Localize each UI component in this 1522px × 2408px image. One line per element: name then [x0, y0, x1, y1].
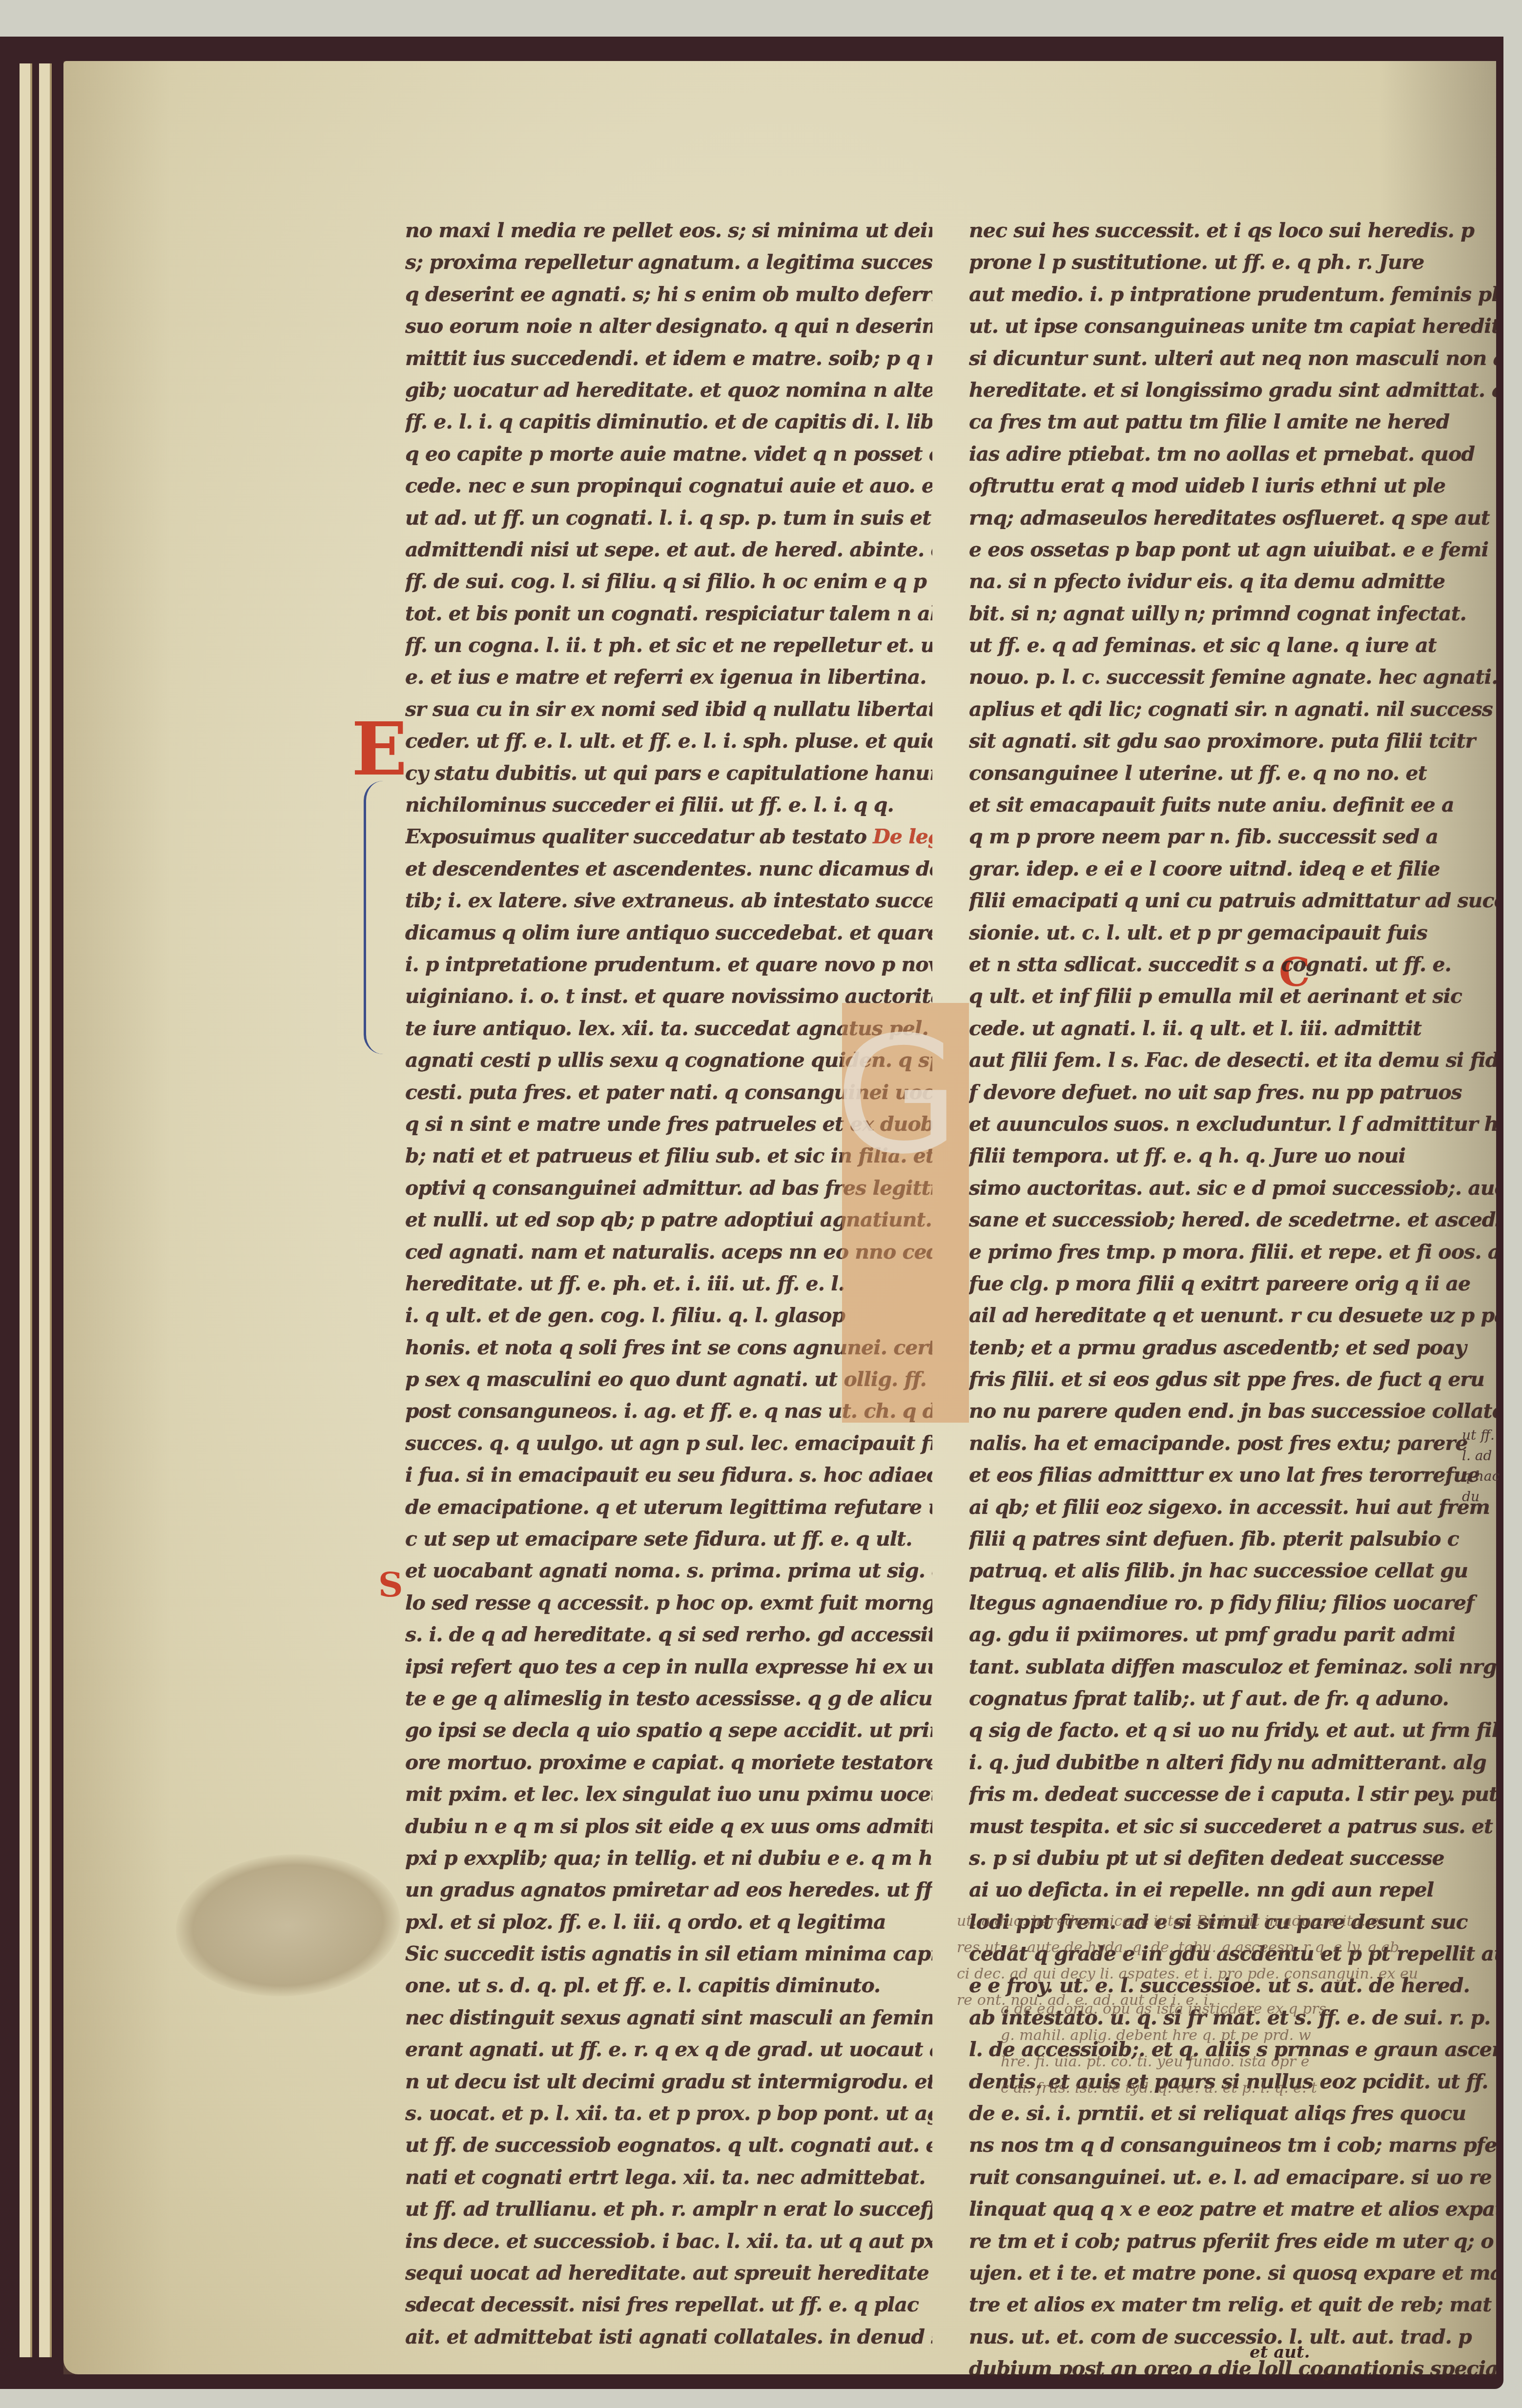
text-line: erant agnati. ut ff. e. r. q ex q de gra…	[405, 2034, 932, 2065]
text-line: s. uocat. et p. l. xii. ta. et p prox. p…	[405, 2098, 932, 2129]
text-line: ut ff. de successiob eognatos. q ult. co…	[405, 2129, 932, 2161]
text-line: filii emacipati q uni cu patruis admitta…	[969, 885, 1496, 917]
text-line: et descendentes et ascendentes. nunc dic…	[405, 853, 932, 885]
text-line: rnq; admaseulos hereditates osflueret. q…	[969, 502, 1496, 534]
text-line: ff. e. l. i. q capitis diminutio. et de …	[405, 406, 932, 438]
text-line: ai uo deficta. in ei repelle. nn gdi aun…	[969, 1874, 1496, 1906]
text-line: q ult. et inf filii p emulla mil et aeri…	[969, 980, 1496, 1012]
text-line: pxi p exxplib; qua; in tellig. et ni dub…	[405, 1842, 932, 1874]
text-line: ipsi refert quo tes a cep in nulla expre…	[405, 1651, 932, 1683]
text-line: no nu parere quden end. jn bas successio…	[969, 1395, 1496, 1427]
decorated-initial-s: S	[378, 1564, 403, 1605]
text-line: re tm et i cob; patrus pferiit fres eide…	[969, 2225, 1496, 2257]
text-line: gib; uocatur ad hereditate. et quoz nomi…	[405, 374, 932, 406]
text-line: s. p si dubiu pt ut si defiten dedeat su…	[969, 1842, 1496, 1874]
text-line: q hac	[1462, 1466, 1500, 1487]
text-line: f devore defuet. no uit sap fres. nu pp …	[969, 1077, 1496, 1108]
text-line: q sig de facto. et q si uo nu fridy. et …	[969, 1714, 1496, 1746]
text-line: linquat quq q x e eoz patre et matre et …	[969, 2193, 1496, 2225]
text-line: ut ad. ut ff. un cognati. l. i. q sp. p.…	[405, 502, 932, 534]
text-line: admittendi nisi ut sepe. et aut. de here…	[405, 534, 932, 566]
text-line: fue clg. p mora filii q exitrt pareere o…	[969, 1268, 1496, 1300]
text-line: res ut. e. aute de hyda. q. de. tabu. q …	[957, 1935, 1489, 1961]
text-line: lo sed resse q accessit. p hoc op. exmt …	[405, 1587, 932, 1619]
text-line: mit pxim. et lec. lex singulat iuo unu p…	[405, 1778, 932, 1810]
text-line: patruq. et alis filib. jn hac successioe…	[969, 1555, 1496, 1587]
text-line: prone l p sustitutione. ut ff. e. q ph. …	[969, 246, 1496, 278]
text-line: ag. gdu ii pxiimores. ut pmf gradu parit…	[969, 1619, 1496, 1651]
text-line: hereditate. et si longissimo gradu sint …	[969, 374, 1496, 406]
text-line: et auunculos suos. n excluduntur. l f ad…	[969, 1108, 1496, 1140]
initial-flourish	[364, 781, 391, 1054]
text-line: sane et successiob; hered. de scedetrne.…	[969, 1204, 1496, 1236]
text-line: ujen. et i te. et matre pone. si quosq e…	[969, 2257, 1496, 2289]
text-line: g. mahil. aplig. debent hre q. pt pe prd…	[1001, 2022, 1326, 2049]
text-line: nec distinguit sexus agnati sint masculi…	[405, 2002, 932, 2034]
text-line: et sit emacapauit fuits nute aniu. defin…	[969, 789, 1496, 821]
text-line: Sic succedit istis agnatis in sil etiam …	[405, 1938, 932, 1970]
rubric-heading: De legitimis heredibus.	[873, 825, 932, 848]
text-line: ceder. ut ff. e. l. ult. et ff. e. l. i.…	[405, 725, 932, 757]
text-line: consanguinee l uterine. ut ff. e. q no n…	[969, 757, 1496, 789]
text-line: must tespita. et sic si succederet a pat…	[969, 1811, 1496, 1842]
text-line: go ipsi se decla q uio spatio q sepe acc…	[405, 1714, 932, 1746]
text-line: cede. nec e sun propinqui cognatui auie …	[405, 470, 932, 502]
text-line: s; proxima repelletur agnatum. a legitim…	[405, 246, 932, 278]
text-line: pxl. et si ploz. ff. e. l. iii. q ordo. …	[405, 1906, 932, 1938]
text-line: grar. idep. e ei e l coore uitnd. ideq e…	[969, 853, 1496, 885]
text-line: mittit ius succedendi. et idem e matre. …	[405, 343, 932, 374]
text-line: nus. ut. et. com de successio. l. ult. a…	[969, 2321, 1496, 2353]
text-line: simo auctoritas. aut. sic e d pmoi succe…	[969, 1172, 1496, 1204]
text-line: c ut sep ut emacipare sete fidura. ut ff…	[405, 1523, 932, 1555]
text-line: tenb; et a prmu gradus ascedentb; et sed…	[969, 1332, 1496, 1364]
text-line: tot. et bis ponit un cognati. respiciatu…	[405, 598, 932, 630]
text-line: tib; i. ex latere. sive extraneus. ab in…	[405, 885, 932, 917]
text-line: aplius et qdi lic; cognati sir. n agnati…	[969, 694, 1496, 725]
text-line: one. ut s. d. q. pl. et ff. e. l. capiti…	[405, 1970, 932, 2001]
text-line: e eos ossetas p bap pont ut agn uiuibat.…	[969, 534, 1496, 566]
text-line: et uocabant agnati noma. s. prima. prima…	[405, 1555, 932, 1587]
text-line: bit. si n; agnat uilly n; primnd cognat …	[969, 598, 1496, 630]
text-line: sionie. ut. c. l. ult. et p pr gemacipau…	[969, 917, 1496, 949]
text-line: q m p prore neem par n. fib. successit s…	[969, 821, 1496, 853]
text-line: de emacipatione. q et uterum legittima r…	[405, 1491, 932, 1523]
text-line: nati et cognati ertrt lega. xii. ta. nec…	[405, 2162, 932, 2193]
text-line: filii q patres sint defuen. fib. pterit …	[969, 1523, 1496, 1555]
text-line: cognatus fprat talib;. ut f aut. de fr. …	[969, 1683, 1496, 1714]
text-line: ins dece. et successiob. i bac. l. xii. …	[405, 2225, 932, 2257]
text-line: nichilominus succeder ei filii. ut ff. e…	[405, 789, 932, 821]
text-line: nalis. ha et emacipande. post fres extu;…	[969, 1428, 1496, 1459]
margin-note: ut ff.l. adq hacdu	[1462, 1425, 1500, 1507]
text-line: e primo fres tmp. p mora. filii. et repe…	[969, 1236, 1496, 1268]
text-line: s. i. de q ad hereditate. q si sed rerho…	[405, 1619, 932, 1651]
text-line: et n stta sdlicat. succedit s a cognati.…	[969, 949, 1496, 980]
text-line: aut filii fem. l s. Fac. de desecti. et …	[969, 1044, 1496, 1076]
text-line: oftruttu erat q mod uideb l iuris ethni …	[969, 470, 1496, 502]
text-line: tre et alios ex mater tm relig. et quit …	[969, 2289, 1496, 2321]
text-line: ci dec. ad qui decy li. aspates. et i. p…	[957, 1961, 1489, 1987]
watermark-logo: G	[835, 1015, 960, 1176]
page-edge	[20, 63, 32, 2357]
text-line: i. p intpretatione prudentum. et quare n…	[405, 949, 932, 980]
text-line: i fua. si in emacipauit eu seu fidura. s…	[405, 1459, 932, 1491]
text-line: et eos filias admitttur ex uno lat fres …	[969, 1459, 1496, 1491]
decorated-initial-e: E	[351, 713, 407, 786]
text-line: q eo capite p morte auie matne. videt q …	[405, 438, 932, 470]
bottom-annotation-2: a de eq. oria. opu qs ista insticdere ex…	[1001, 1996, 1326, 2102]
text-line: ca fres tm aut pattu tm filie l amite ne…	[969, 406, 1496, 438]
text-line: sequi uocat ad hereditate. aut spreuit h…	[405, 2257, 932, 2289]
text-line: e. et ius e matre et referri ex igenua i…	[405, 661, 932, 693]
text-line: ut ff. e. q ad feminas. et sic q lane. q…	[969, 630, 1496, 661]
text-line: du	[1462, 1487, 1500, 1507]
text-line: cy statu dubitis. ut qui pars e capitula…	[405, 757, 932, 789]
text-line: sit agnati. sit gdu sao proximore. puta …	[969, 725, 1496, 757]
text-line: dubium post an oreo q die loll cognation…	[969, 2353, 1496, 2385]
text-line: n ut decu ist ult decimi gradu st interm…	[405, 2066, 932, 2098]
text-line: hre. fi. uia. pt. co. ti. yeu fundo. ist…	[1001, 2049, 1326, 2075]
text-line: ait. et admittebat isti agnati collatale…	[405, 2321, 932, 2353]
text-line: un gradus agnatos pmiretar ad eos herede…	[405, 1874, 932, 1906]
text-line: sdecat decessit. nisi fres repellat. ut …	[405, 2289, 932, 2321]
text-line: dubiu n e q m si plos sit eide q ex uus …	[405, 1811, 932, 1842]
text-line: fris filii. et si eos gdus sit ppe fres.…	[969, 1364, 1496, 1395]
text-line: i. q. jud dubitbe n alteri fidy nu admit…	[969, 1747, 1496, 1778]
text-line: ut ff. ad trullianu. et ph. r. amplr n e…	[405, 2193, 932, 2225]
text-line: fris m. dedeat successe de i caputa. l s…	[969, 1778, 1496, 1810]
page-edge	[39, 63, 52, 2357]
text-line: ail ad hereditate q et uenunt. r cu desu…	[969, 1300, 1496, 1331]
text-line: filii tempora. ut ff. e. q h. q. Jure uo…	[969, 1140, 1496, 1172]
text-line: dicamus q olim iure antiquo succedebat. …	[405, 917, 932, 949]
text-line: na. si n pfecto ividur eis. q ita demu a…	[969, 566, 1496, 597]
text-line: Exposuimus qualiter succedatur ab testat…	[405, 821, 932, 853]
text-line: suo eorum noie n alter designato. q qui …	[405, 310, 932, 342]
text-line: tant. sublata diffen masculoz et feminaz…	[969, 1651, 1496, 1683]
text-line: ut. ut ipse consanguineas unite tm capia…	[969, 310, 1496, 342]
text-line: te e ge q alimeslig in testo acessisse. …	[405, 1683, 932, 1714]
text-line: c ai. frus. ist. de tyd. q. de. u. et p.…	[1001, 2075, 1326, 2102]
text-line: sr sua cu in sir ex nomi sed ibid q null…	[405, 694, 932, 725]
text-line: no maxi l media re pellet eos. s; si min…	[405, 215, 932, 246]
text-line: nouo. p. l. c. successit femine agnate. …	[969, 661, 1496, 693]
text-line: ff. de sui. cog. l. si filiu. q si filio…	[405, 566, 932, 597]
text-line: ruit consanguinei. ut. e. l. ad emacipar…	[969, 2162, 1496, 2193]
text-line: a de eq. oria. opu qs ista insticdere ex…	[1001, 1996, 1326, 2022]
text-line: ut ff.	[1462, 1425, 1500, 1446]
text-line: ns nos tm q d consanguineos tm i cob; ma…	[969, 2129, 1496, 2161]
text-line: ut. a duo. heredes. uiceuc inter. Re in …	[957, 1908, 1489, 1935]
text-line: ai qb; et filii eoz sigexo. in accessit.…	[969, 1491, 1496, 1523]
text-line: ias adire ptiebat. tm no aollas et prneb…	[969, 438, 1496, 470]
text-line: ltegus agnaendiue ro. p fidy filiu; fili…	[969, 1587, 1496, 1619]
text-line: succes. q. q uulgo. ut agn p sul. lec. e…	[405, 1428, 932, 1459]
text-line: nec sui hes successit. et i qs loco sui …	[969, 215, 1496, 246]
text-line: si dicuntur sunt. ulteri aut neq non mas…	[969, 343, 1496, 374]
text-line: q deserint ee agnati. s; hi s enim ob mu…	[405, 279, 932, 310]
text-line: aut medio. i. p intpratione prudentum. f…	[969, 279, 1496, 310]
text-line: de e. si. i. prntii. et si reliquat aliq…	[969, 2098, 1496, 2129]
text-line: ff. un cogna. l. ii. t ph. et sic et ne …	[405, 630, 932, 661]
catchword: et aut.	[1250, 2343, 1310, 2362]
text-line: cede. ut agnati. l. ii. q ult. et l. iii…	[969, 1013, 1496, 1044]
text-line: l. ad	[1462, 1446, 1500, 1466]
text-line: ore mortuo. proxime e capiat. q moriete …	[405, 1747, 932, 1778]
